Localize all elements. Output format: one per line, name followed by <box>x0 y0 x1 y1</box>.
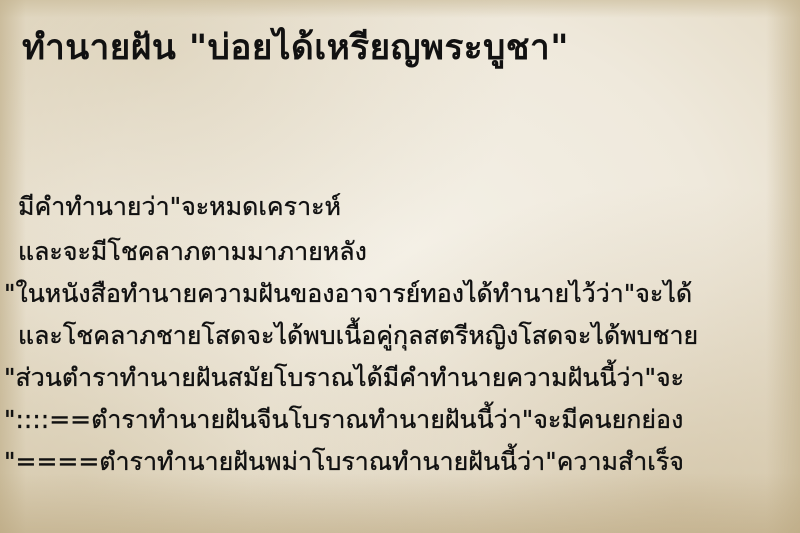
text-line-3: "ในหนังสือทำนายความฝันของอาจารย์ทองได้ทำ… <box>4 273 692 315</box>
text-line-7: "====ตำราทำนายฝันพม่าโบราณทำนายฝันนี้ว่า… <box>4 441 684 483</box>
text-line-6: "::::==ตำราทำนายฝันจีนโบราณทำนายฝันนี้ว่… <box>4 399 683 441</box>
paper-edge-right <box>766 0 800 533</box>
text-line-1: มีคำทำนายว่า"จะหมดเคราะห์ <box>18 186 341 228</box>
text-line-4: และโชคลาภชายโสดจะได้พบเนื้อคู่กุลสตรีหญิ… <box>18 315 698 357</box>
text-line-5: "ส่วนตำราทำนายฝันสมัยโบราณได้มีคำทำนายคว… <box>4 357 684 399</box>
page-title: ทำนายฝัน "บ่อยได้เหรียญพระบูชา" <box>22 20 569 76</box>
text-line-2: และจะมีโชคลาภตามมาภายหลัง <box>18 231 367 273</box>
paper-edge-top <box>0 0 800 18</box>
